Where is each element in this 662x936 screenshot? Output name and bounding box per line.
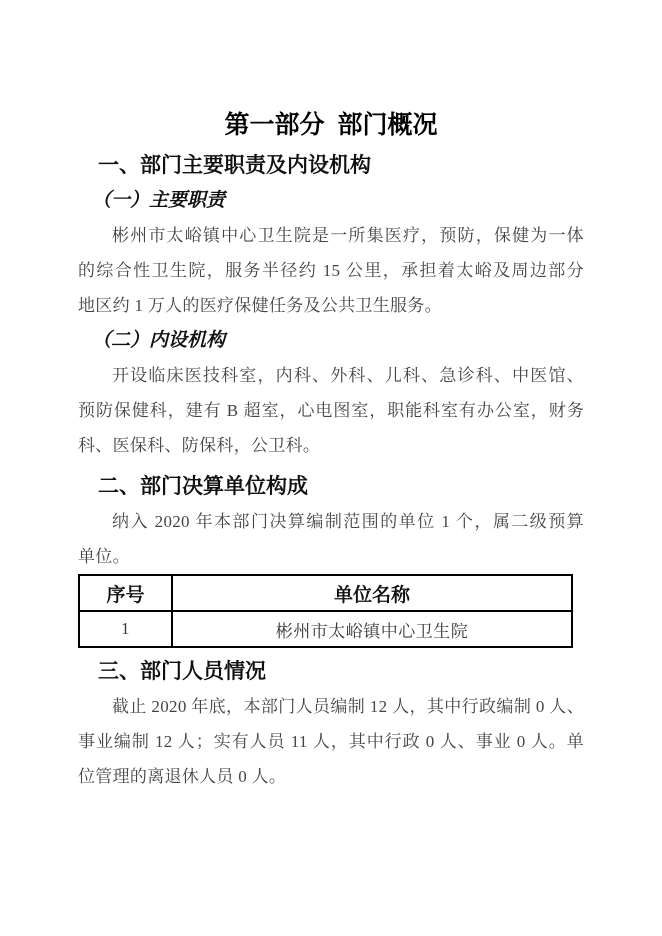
- section-heading-unit-composition: 二、部门决算单位构成: [78, 469, 584, 504]
- paragraph-main-duties: 彬州市太峪镇中心卫生院是一所集医疗，预防，保健为一体 的综合性卫生院，服务半径约…: [78, 218, 584, 323]
- table-row: 1 彬州市太峪镇中心卫生院: [79, 611, 572, 647]
- subsection-heading-internal-orgs: （二）内设机构: [78, 323, 584, 358]
- units-table: 序号 单位名称 1 彬州市太峪镇中心卫生院: [78, 574, 573, 648]
- paragraph-internal-orgs: 开设临床医技科室，内科、外科、儿科、急诊科、中医馆、 预防保健科，建有 B 超室…: [78, 358, 584, 463]
- table-header-seq: 序号: [79, 575, 172, 611]
- paragraph-line: 科、医保科、防保科，公卫科。: [78, 428, 584, 463]
- paragraph-line: 开设临床医技科室，内科、外科、儿科、急诊科、中医馆、: [78, 358, 584, 393]
- paragraph-line: 彬州市太峪镇中心卫生院是一所集医疗，预防，保健为一体: [78, 218, 584, 253]
- paragraph-line: 位管理的离退休人员 0 人。: [78, 759, 584, 794]
- paragraph-unit-composition: 纳入 2020 年本部门决算编制范围的单位 1 个，属二级预算 单位。: [78, 504, 584, 574]
- table-cell-seq: 1: [79, 611, 172, 647]
- document-page: 第一部分 部门概况 一、部门主要职责及内设机构 （一）主要职责 彬州市太峪镇中心…: [0, 0, 662, 936]
- paragraph-line: 纳入 2020 年本部门决算编制范围的单位 1 个，属二级预算: [78, 504, 584, 539]
- paragraph-personnel: 截止 2020 年底，本部门人员编制 12 人，其中行政编制 0 人、 事业编制…: [78, 689, 584, 794]
- paragraph-line: 事业编制 12 人；实有人员 11 人，其中行政 0 人、事业 0 人。单: [78, 724, 584, 759]
- page-title: 第一部分 部门概况: [78, 110, 584, 140]
- table-header-row: 序号 单位名称: [79, 575, 572, 611]
- table-cell-unit-name: 彬州市太峪镇中心卫生院: [172, 611, 572, 647]
- subsection-heading-main-duties: （一）主要职责: [78, 183, 584, 218]
- paragraph-line: 预防保健科，建有 B 超室，心电图室，职能科室有办公室，财务: [78, 393, 584, 428]
- paragraph-line: 地区约 1 万人的医疗保健任务及公共卫生服务。: [78, 288, 584, 323]
- section-heading-duties: 一、部门主要职责及内设机构: [78, 148, 584, 183]
- paragraph-line: 的综合性卫生院，服务半径约 15 公里，承担着太峪及周边部分: [78, 253, 584, 288]
- table-header-unit-name: 单位名称: [172, 575, 572, 611]
- paragraph-line: 截止 2020 年底，本部门人员编制 12 人，其中行政编制 0 人、: [78, 689, 584, 724]
- paragraph-line: 单位。: [78, 539, 584, 574]
- section-heading-personnel: 三、部门人员情况: [78, 654, 584, 689]
